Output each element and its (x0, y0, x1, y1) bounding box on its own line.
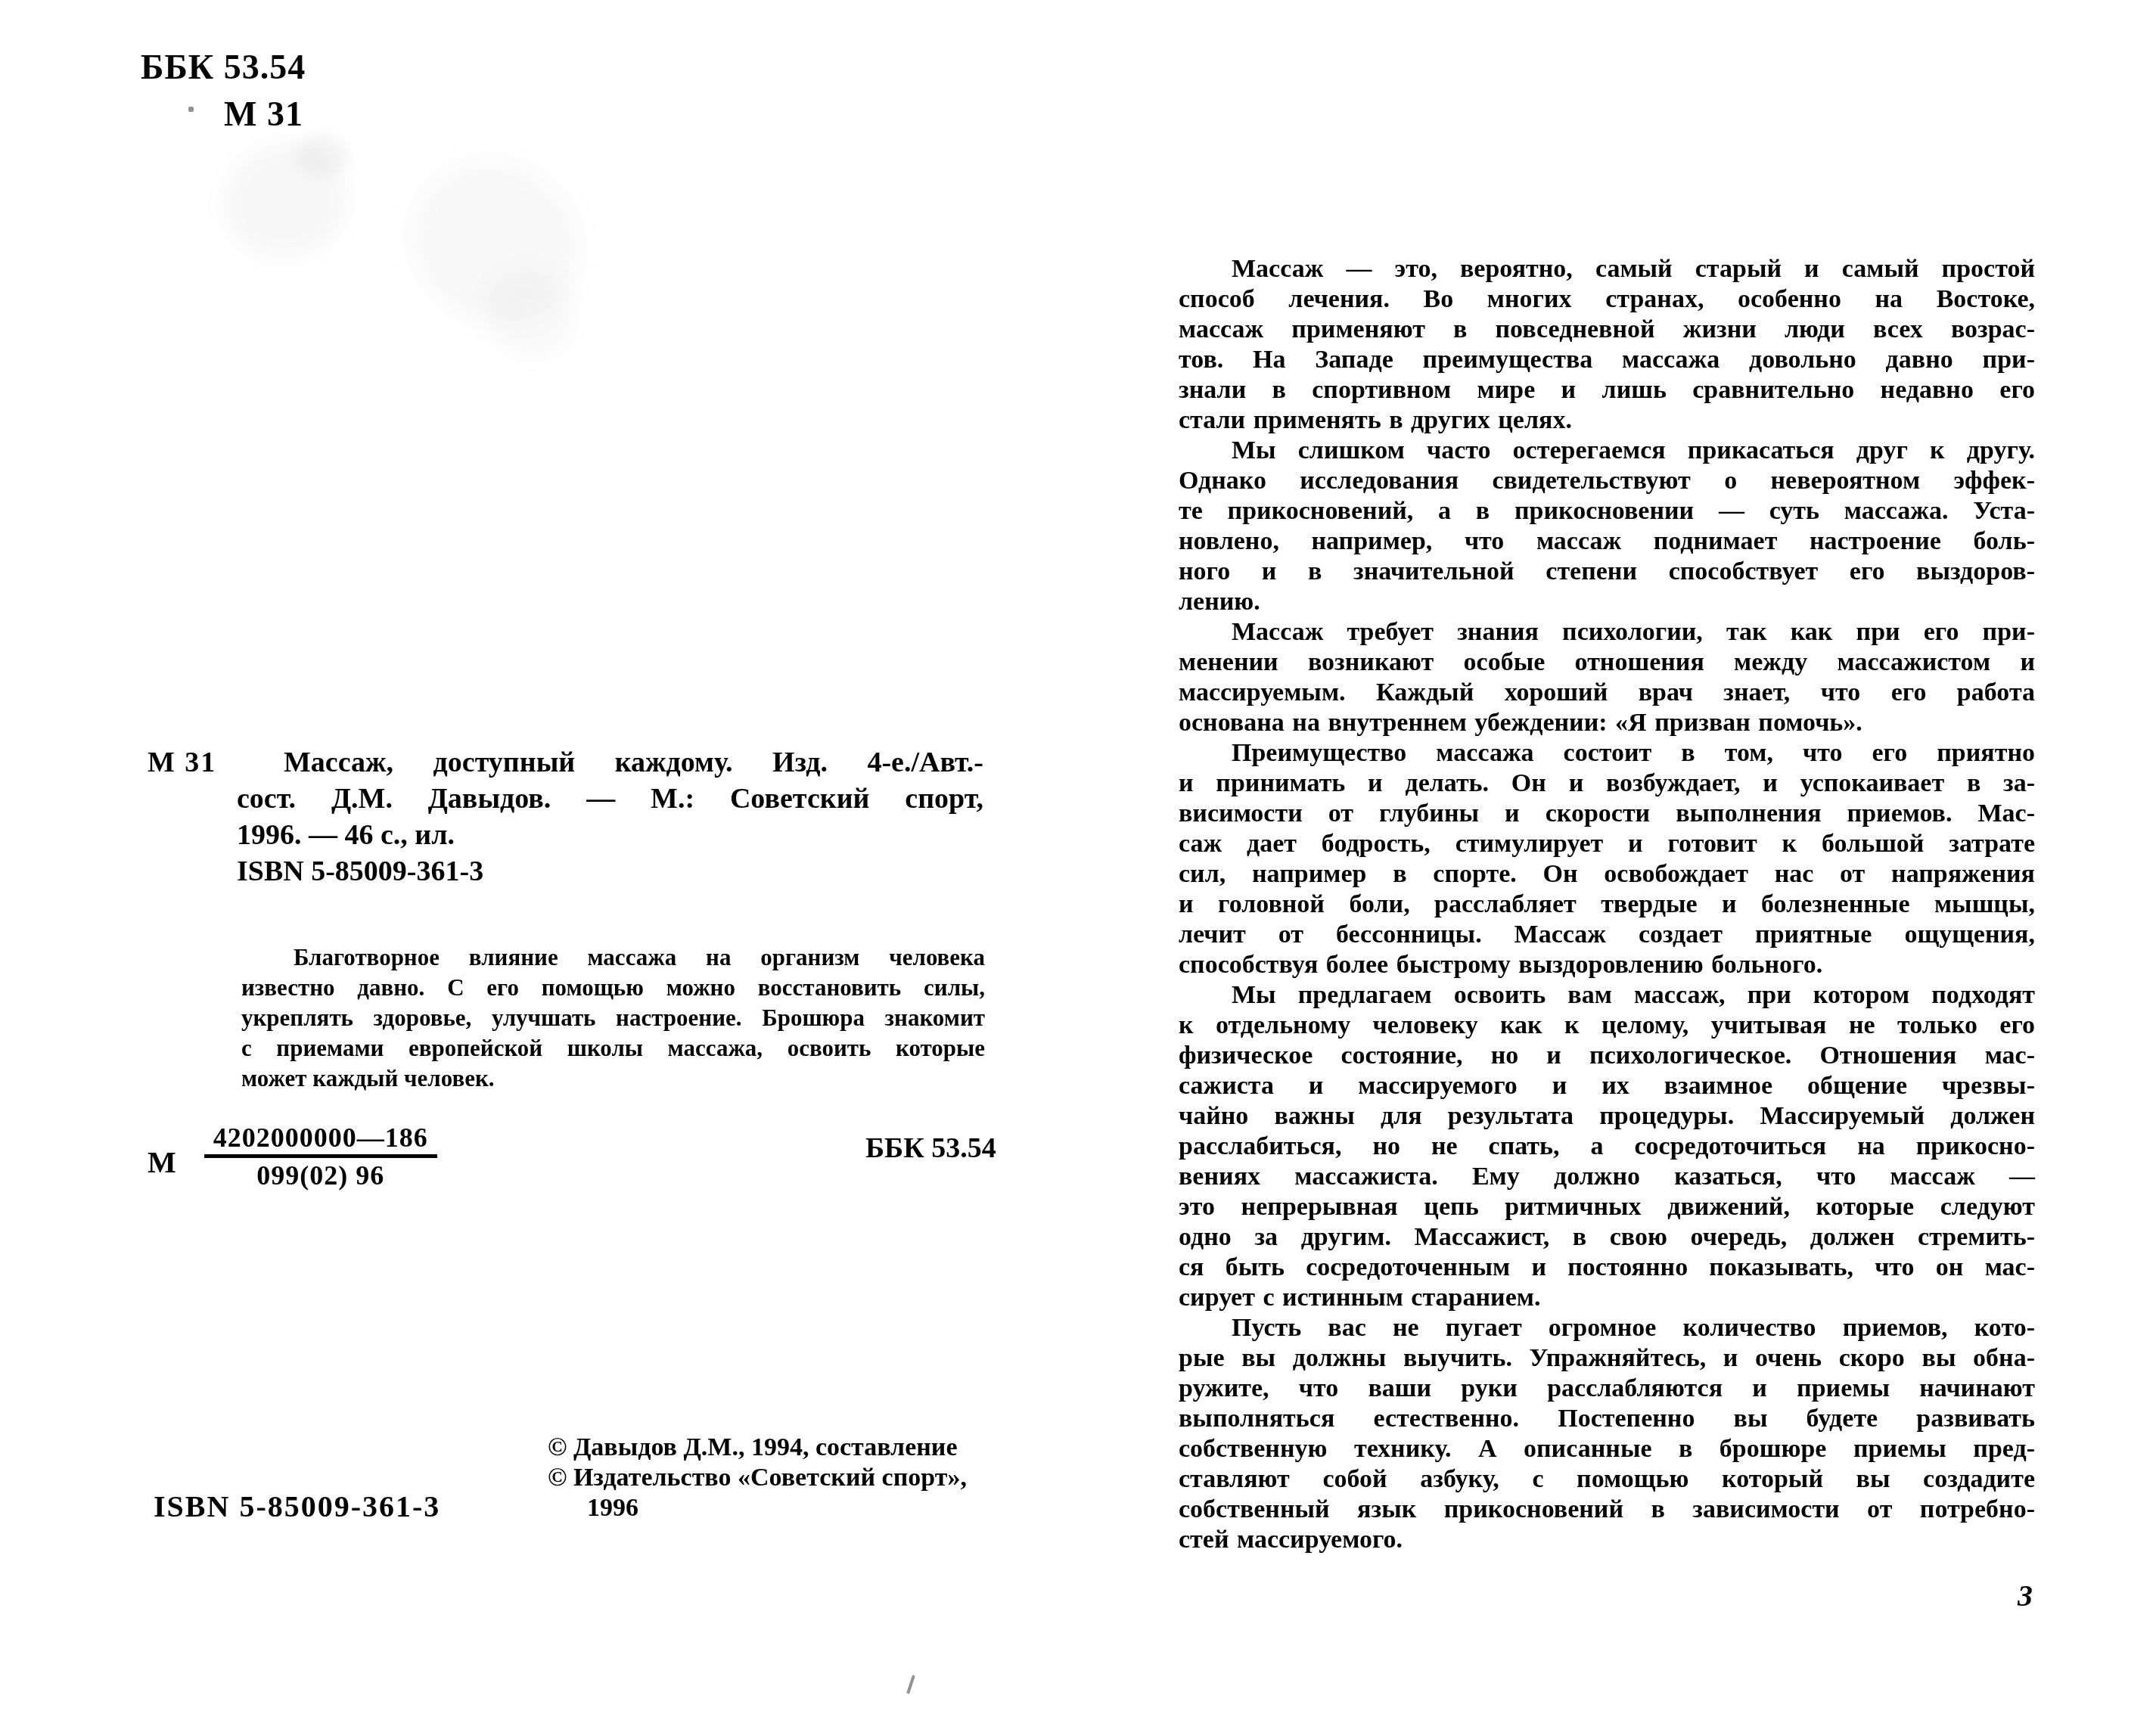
paragraph: Мы предлагаем освоить вам массаж, при ко… (1179, 980, 2035, 1313)
catalog-index-formula: М 4202000000—186 099(02) 96 (148, 1122, 437, 1191)
formula-fraction: 4202000000—186 099(02) 96 (204, 1122, 437, 1191)
scan-speck (188, 107, 194, 112)
catalog-entry-code: М 31 (148, 744, 216, 781)
copyright-block: © Давыдов Д.М., 1994, составление© Издат… (548, 1433, 1032, 1523)
catalog-entry-text: Массаж, доступный каждому. Изд. 4-е./Авт… (237, 744, 983, 890)
catalog-entry: М 31 Массаж, доступный каждому. Изд. 4-е… (148, 744, 983, 890)
paragraph: Массаж — это, вероятно, самый старый и с… (1179, 254, 2035, 436)
paragraph: Массаж требует знания психологии, так ка… (1179, 617, 2035, 738)
paragraph: Мы слишком часто остерегаемся прикасатьс… (1179, 436, 2035, 617)
paragraph: Преимущество массажа состоит в том, что … (1179, 738, 2035, 980)
scan-mark (906, 1675, 915, 1694)
formula-letter: М (148, 1144, 177, 1180)
bbk-classification-header: ББК 53.54 М 31 (141, 44, 306, 138)
scan-smudge (295, 135, 348, 176)
page-number: 3 (2018, 1578, 2033, 1613)
annotation-abstract: Благотворное влияние массажа на организм… (241, 942, 985, 1094)
scan-smudge (468, 253, 592, 374)
scan-smudge (209, 127, 362, 274)
scan-smudge (380, 129, 611, 356)
imprint-page: ББК 53.54 М 31 М 31 Массаж, доступный ка… (0, 0, 1078, 1717)
bbk-code-right: ББК 53.54 (865, 1132, 996, 1165)
paragraph: Пусть вас не пугает огромное количество … (1179, 1313, 2035, 1555)
formula-denominator: 099(02) 96 (204, 1158, 437, 1191)
author-mark-code: М 31 (224, 91, 306, 138)
bbk-code: ББК 53.54 (141, 44, 306, 91)
formula-numerator: 4202000000—186 (204, 1122, 437, 1158)
text-page-3: Массаж — это, вероятно, самый старый и с… (1078, 0, 2156, 1717)
isbn-number: ISBN 5-85009-361-3 (154, 1489, 440, 1524)
body-text-column: Массаж — это, вероятно, самый старый и с… (1179, 254, 2035, 1555)
